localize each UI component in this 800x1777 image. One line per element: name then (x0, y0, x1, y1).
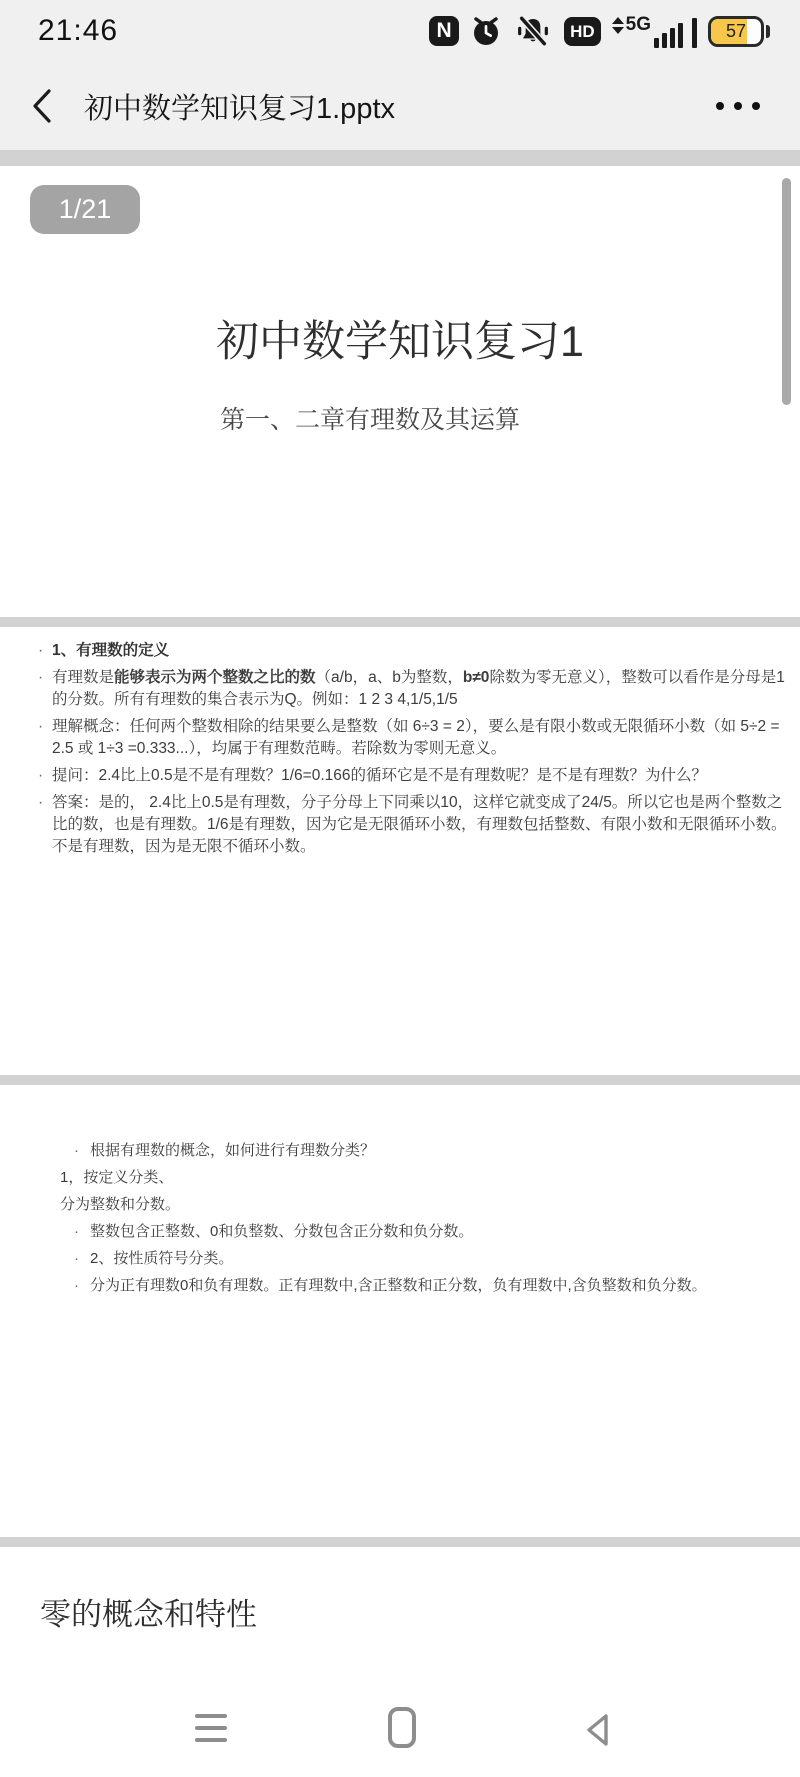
network-arrows-icon (612, 17, 624, 34)
document-scroll-area[interactable]: 1/21 初中数学知识复习1 第一、二章有理数及其运算 · 1、有理数的定义 ·… (0, 150, 800, 1777)
signal-5g-icon: 5G (612, 14, 697, 48)
slide3-bullet2: 2、按性质符号分类。 (90, 1249, 233, 1269)
list-item: · 2、按性质符号分类。 (74, 1249, 764, 1269)
list-item: 分为整数和分数。 (60, 1195, 764, 1215)
clock-label: 21:46 (38, 14, 118, 48)
hd-badge-icon: HD (564, 17, 601, 46)
status-bar: 21:46 N HD 5G (0, 0, 800, 62)
more-options-button[interactable] (714, 94, 762, 118)
slide3-question: 根据有理数的概念，如何进行有理数分类？ (90, 1141, 375, 1161)
more-icon (716, 102, 724, 110)
slide2-definition-text: 有理数是能够表示为两个整数之比的数（a/b，a、b为整数，b≠0除数为零无意义）… (52, 667, 787, 711)
slide-subtitle: 第一、二章有理数及其运算 (0, 400, 740, 436)
menu-icon (195, 1714, 227, 1718)
list-item: · 根据有理数的概念，如何进行有理数分类？ (74, 1141, 764, 1161)
slide3-bullet3: 分为正有理数0和负有理数。正有理数中,含正整数和正分数，负有理数中,含负整数和负… (90, 1276, 707, 1296)
slide2-heading: 1、有理数的定义 (52, 640, 787, 662)
bullet-item: · 有理数是能够表示为两个整数之比的数（a/b，a、b为整数，b≠0除数为零无意… (38, 667, 787, 711)
slide3-line1: 1，按定义分类、 (60, 1169, 173, 1186)
list-item: · 分为正有理数0和负有理数。正有理数中,含正整数和正分数，负有理数中,含负整数… (74, 1276, 764, 1296)
slide3-bullet1: 整数包含正整数、0和负整数、分数包含正分数和负分数。 (90, 1222, 473, 1242)
slide2-text-block: · 1、有理数的定义 · 有理数是能够表示为两个整数之比的数（a/b，a、b为整… (38, 640, 787, 863)
nfc-icon: N (429, 16, 459, 46)
screen: 21:46 N HD 5G (0, 0, 800, 1777)
header: 初中数学知识复习1.pptx (0, 62, 800, 150)
slide3-text-block: · 根据有理数的概念，如何进行有理数分类？ 1，按定义分类、 分为整数和分数。 … (60, 1141, 764, 1303)
alarm-icon (470, 15, 502, 47)
list-item: · 整数包含正整数、0和负整数、分数包含正分数和负分数。 (74, 1222, 764, 1242)
slide2-concept-text: 理解概念：任何两个整数相除的结果要么是整数（如 6÷3 = 2），要么是有限小数… (52, 716, 787, 760)
back-chevron-icon (30, 87, 54, 125)
mute-vibrate-icon (513, 15, 553, 47)
bullet-item: · 答案：是的， 2.4比上0.5是有理数，分子分母上下同乘以10，这样它就变成… (38, 792, 787, 858)
list-item: 1，按定义分类、 (60, 1168, 764, 1188)
page-indicator-badge: 1/21 (30, 185, 140, 234)
slide-page-2: · 1、有理数的定义 · 有理数是能够表示为两个整数之比的数（a/b，a、b为整… (0, 627, 800, 1075)
status-icons: N HD 5G (429, 14, 770, 48)
scrollbar-thumb[interactable] (782, 178, 791, 405)
battery-icon: 57 (708, 16, 770, 47)
bullet-item: · 提问：2.4比上0.5是不是有理数？1/6=0.166的循环它是不是有理数呢… (38, 765, 787, 787)
signal-bars-icon (654, 18, 697, 48)
network-type-label: 5G (626, 14, 651, 36)
back-triangle-icon (582, 1711, 614, 1749)
android-back-button[interactable] (580, 1709, 616, 1756)
slide2-question-text: 提问：2.4比上0.5是不是有理数？1/6=0.166的循环它是不是有理数呢？是… (52, 765, 787, 787)
slide-heading: 零的概念和特性 (40, 1589, 257, 1634)
recents-menu-button[interactable] (193, 1712, 229, 1744)
navigation-bar (0, 1680, 800, 1777)
slide-page-3: · 根据有理数的概念，如何进行有理数分类？ 1，按定义分类、 分为整数和分数。 … (0, 1085, 800, 1537)
home-button[interactable] (388, 1707, 416, 1748)
slide-page-1: 1/21 初中数学知识复习1 第一、二章有理数及其运算 (0, 166, 800, 617)
slide-title: 初中数学知识复习1 (0, 308, 800, 369)
bullet-item: · 理解概念：任何两个整数相除的结果要么是整数（如 6÷3 = 2），要么是有限… (38, 716, 787, 760)
slide2-answer-text: 答案：是的， 2.4比上0.5是有理数，分子分母上下同乘以10，这样它就变成了2… (52, 792, 787, 858)
document-title: 初中数学知识复习1.pptx (84, 86, 395, 127)
slide3-line2: 分为整数和分数。 (60, 1196, 180, 1213)
battery-level-label: 57 (711, 19, 761, 44)
back-button[interactable] (26, 83, 58, 129)
bullet-item: · 1、有理数的定义 (38, 640, 787, 662)
